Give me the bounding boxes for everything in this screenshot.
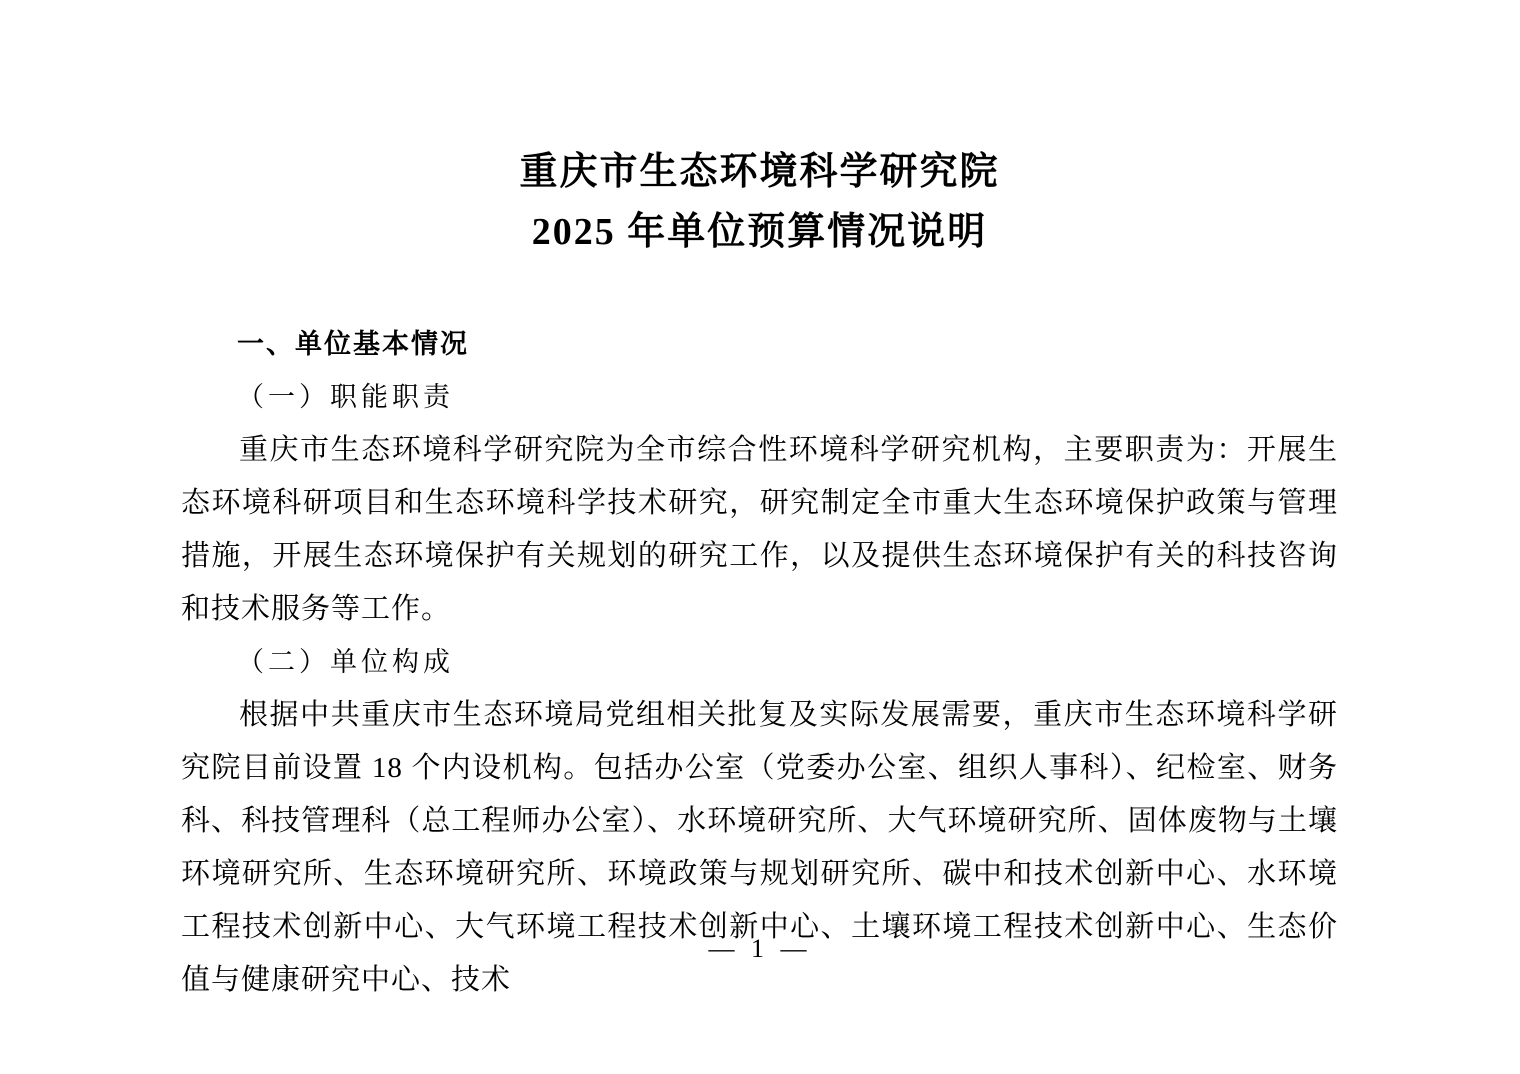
document-content: 重庆市生态环境科学研究院 2025 年单位预算情况说明 一、单位基本情况 （一）… — [181, 0, 1338, 1007]
document-page: 重庆市生态环境科学研究院 2025 年单位预算情况说明 一、单位基本情况 （一）… — [0, 0, 1520, 1074]
subsection-heading-duties: （一）职能职责 — [181, 371, 1338, 424]
document-title: 重庆市生态环境科学研究院 2025 年单位预算情况说明 — [181, 142, 1338, 262]
subsection-heading-composition: （二）单位构成 — [181, 636, 1338, 689]
page-number: — 1 — — [0, 934, 1520, 964]
section-heading-basic-info: 一、单位基本情况 — [181, 318, 1338, 371]
paragraph-duties: 重庆市生态环境科学研究院为全市综合性环境科学研究机构，主要职责为：开展生态环境科… — [181, 424, 1338, 636]
document-title-line2: 2025 年单位预算情况说明 — [181, 202, 1338, 262]
document-title-line1: 重庆市生态环境科学研究院 — [181, 142, 1338, 202]
